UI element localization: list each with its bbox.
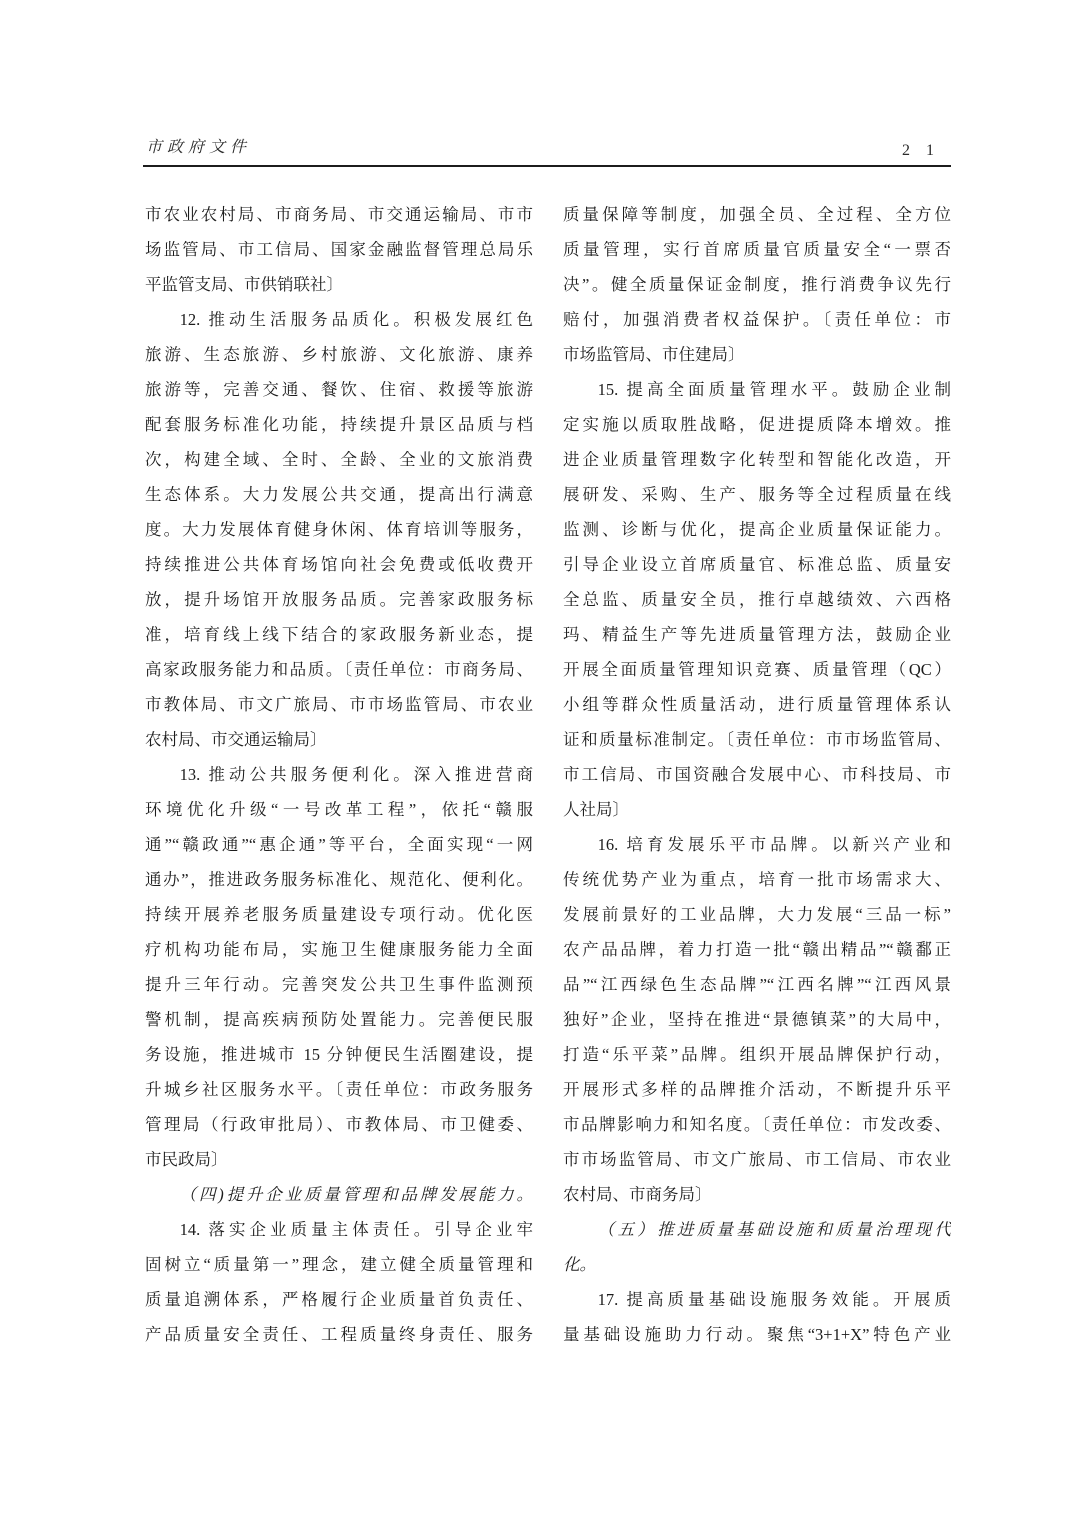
text-line: 17. 提高质量基础设施服务效能。开展质 xyxy=(563,1282,951,1317)
text-line: 准，培育线上线下结合的家政服务新业态，提 xyxy=(145,617,533,652)
right-text-column: 质量保障等制度，加强全员、全过程、全方位质量管理，实行首席质量官质量安全“一票否… xyxy=(563,197,951,1352)
text-line: 平监管支局、市供销联社〕 xyxy=(145,267,533,302)
text-line: 15. 提高全面质量管理水平。鼓励企业制 xyxy=(563,372,951,407)
text-line: 管理局（行政审批局）、市教体局、市卫健委、 xyxy=(145,1107,533,1142)
text-line: 质量追溯体系，严格履行企业质量首负责任、 xyxy=(145,1282,533,1317)
text-line: 疗机构功能布局，实施卫生健康服务能力全面 xyxy=(145,932,533,967)
text-line: 农村局、市商务局〕 xyxy=(563,1177,951,1212)
text-line: 独好”企业，坚持在推进“景德镇菜”的大局中， xyxy=(563,1002,951,1037)
page-number: 2 1 xyxy=(902,142,940,160)
text-line: 场监管局、市工信局、国家金融监督管理总局乐 xyxy=(145,232,533,267)
text-line: 持续开展养老服务质量建设专项行动。优化医 xyxy=(145,897,533,932)
text-line: 固树立“质量第一”理念，建立健全质量管理和 xyxy=(145,1247,533,1282)
text-line: 农产品品牌，着力打造一批“赣出精品”“赣鄱正 xyxy=(563,932,951,967)
text-line: 发展前景好的工业品牌，大力发展“三品一标” xyxy=(563,897,951,932)
text-line: 次，构建全域、全时、全龄、全业的文旅消费 xyxy=(145,442,533,477)
text-line: 进企业质量管理数字化转型和智能化改造，开 xyxy=(563,442,951,477)
header-rule xyxy=(143,165,951,167)
text-line: 展研发、采购、生产、服务等全过程质量在线 xyxy=(563,477,951,512)
text-line: 16. 培育发展乐平市品牌。以新兴产业和 xyxy=(563,827,951,862)
text-line: 度。大力发展体育健身休闲、体育培训等服务， xyxy=(145,512,533,547)
text-line: 放，提升场馆开放服务品质。完善家政服务标 xyxy=(145,582,533,617)
text-line: 市工信局、市国资融合发展中心、市科技局、市 xyxy=(563,757,951,792)
text-line: 引导企业设立首席质量官、标准总监、质量安 xyxy=(563,547,951,582)
text-line: 旅游、生态旅游、乡村旅游、文化旅游、康养 xyxy=(145,337,533,372)
text-line: 提升三年行动。完善突发公共卫生事件监测预 xyxy=(145,967,533,1002)
text-line: 市民政局〕 xyxy=(145,1142,533,1177)
text-line: 产品质量安全责任、工程质量终身责任、服务 xyxy=(145,1317,533,1352)
text-line: 定实施以质取胜战略，促进提质降本增效。推 xyxy=(563,407,951,442)
text-line: 持续推进公共体育场馆向社会免费或低收费开 xyxy=(145,547,533,582)
text-line: 品”“江西绿色生态品牌”“江西名牌”“江西风景 xyxy=(563,967,951,1002)
text-line: 赔付，加强消费者权益保护。〔责任单位：市 xyxy=(563,302,951,337)
text-line: 市场监管局、市住建局〕 xyxy=(563,337,951,372)
text-line: 配套服务标准化功能，持续提升景区品质与档 xyxy=(145,407,533,442)
text-line: 务设施，推进城市 15 分钟便民生活圈建设，提 xyxy=(145,1037,533,1072)
text-line: 证和质量标准制定。〔责任单位：市市场监管局、 xyxy=(563,722,951,757)
text-line: （五）推进质量基础设施和质量治理现代 xyxy=(563,1212,951,1247)
text-line: 质量保障等制度，加强全员、全过程、全方位 xyxy=(563,197,951,232)
text-line: 市市场监管局、市文广旅局、市工信局、市农业 xyxy=(563,1142,951,1177)
text-line: 玛、精益生产等先进质量管理方法，鼓励企业 xyxy=(563,617,951,652)
text-line: 化。 xyxy=(563,1247,951,1282)
text-line: 监测、诊断与优化，提高企业质量保证能力。 xyxy=(563,512,951,547)
text-line: 传统优势产业为重点，培育一批市场需求大、 xyxy=(563,862,951,897)
text-line: （四)提升企业质量管理和品牌发展能力。 xyxy=(145,1177,533,1212)
text-line: 打造“乐平菜”品牌。组织开展品牌保护行动， xyxy=(563,1037,951,1072)
header-title: 市政府文件 xyxy=(146,134,251,157)
text-line: 环境优化升级“一号改革工程”，依托“赣服 xyxy=(145,792,533,827)
text-line: 市教体局、市文广旅局、市市场监管局、市农业 xyxy=(145,687,533,722)
text-line: 开展全面质量管理知识竞赛、质量管理（QC） xyxy=(563,652,951,687)
text-line: 全总监、质量安全员，推行卓越绩效、六西格 xyxy=(563,582,951,617)
text-line: 升城乡社区服务水平。〔责任单位：市政务服务 xyxy=(145,1072,533,1107)
text-line: 决”。健全质量保证金制度，推行消费争议先行 xyxy=(563,267,951,302)
text-line: 通办”，推进政务服务标准化、规范化、便利化。 xyxy=(145,862,533,897)
text-line: 13. 推动公共服务便利化。深入推进营商 xyxy=(145,757,533,792)
text-line: 旅游等，完善交通、餐饮、住宿、救援等旅游 xyxy=(145,372,533,407)
text-line: 量基础设施助力行动。聚焦“3+1+X”特色产业 xyxy=(563,1317,951,1352)
text-line: 质量管理，实行首席质量官质量安全“一票否 xyxy=(563,232,951,267)
text-line: 高家政服务能力和品质。〔责任单位：市商务局、 xyxy=(145,652,533,687)
left-text-column: 市农业农村局、市商务局、市交通运输局、市市场监管局、市工信局、国家金融监督管理总… xyxy=(145,197,533,1352)
document-page: 市政府文件 2 1 市农业农村局、市商务局、市交通运输局、市市场监管局、市工信局… xyxy=(0,0,1074,1520)
text-line: 农村局、市交通运输局〕 xyxy=(145,722,533,757)
text-line: 生态体系。大力发展公共交通，提高出行满意 xyxy=(145,477,533,512)
text-line: 人社局〕 xyxy=(563,792,951,827)
text-line: 市农业农村局、市商务局、市交通运输局、市市 xyxy=(145,197,533,232)
text-line: 开展形式多样的品牌推介活动，不断提升乐平 xyxy=(563,1072,951,1107)
text-line: 市品牌影响力和知名度。〔责任单位：市发改委、 xyxy=(563,1107,951,1142)
text-line: 12. 推动生活服务品质化。积极发展红色 xyxy=(145,302,533,337)
text-line: 通”“赣政通”“惠企通”等平台，全面实现“一网 xyxy=(145,827,533,862)
text-line: 警机制，提高疾病预防处置能力。完善便民服 xyxy=(145,1002,533,1037)
text-line: 小组等群众性质量活动，进行质量管理体系认 xyxy=(563,687,951,722)
text-line: 14. 落实企业质量主体责任。引导企业牢 xyxy=(145,1212,533,1247)
